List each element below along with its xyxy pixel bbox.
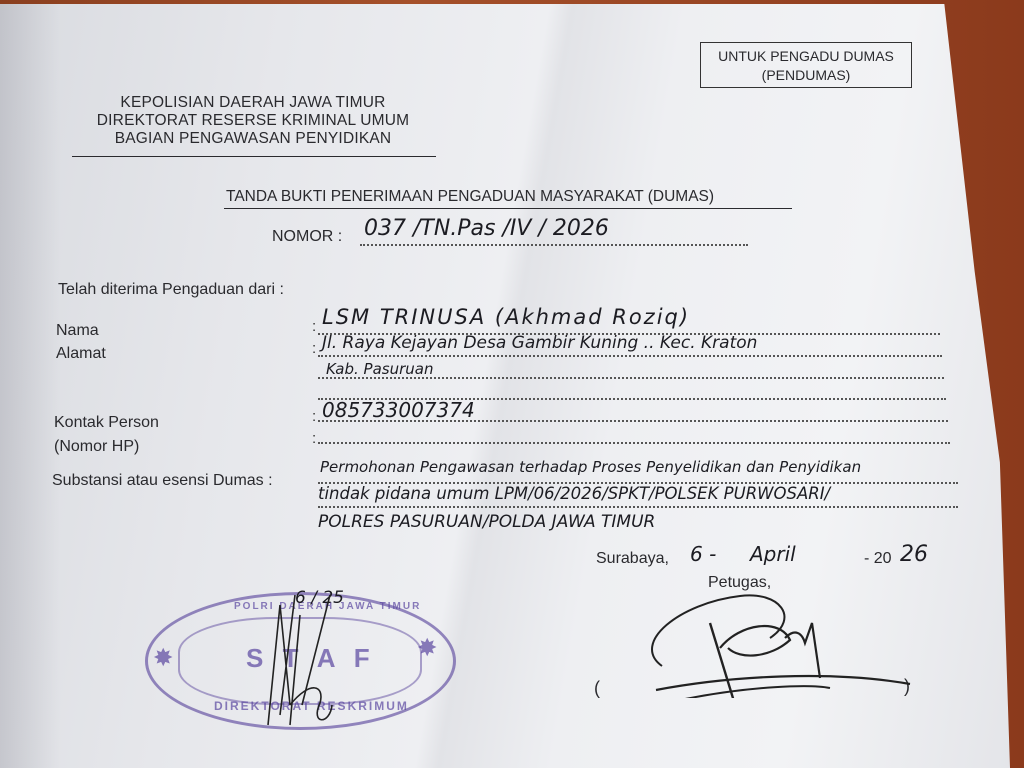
colon: :	[312, 318, 316, 335]
header-underline	[72, 156, 436, 157]
alamat-label: Alamat	[56, 345, 106, 363]
nama-value: LSM TRINUSA (Akhmad Roziq)	[322, 305, 690, 329]
nomor-dotted-line	[360, 244, 748, 246]
substansi-label: Substansi atau esensi Dumas :	[52, 472, 273, 490]
substansi-value-line1: Permohonan Pengawasan terhadap Proses Pe…	[320, 458, 861, 476]
header-line3: BAGIAN PENGAWASAN PENYIDIKAN	[70, 130, 436, 148]
alamat-value-line1: Jl. Raya Kejayan Desa Gambir Kuning .. K…	[322, 333, 757, 353]
pendumas-box-line1: UNTUK PENGADU DUMAS	[701, 47, 911, 66]
kontak-dotted-line-2	[318, 442, 950, 444]
substansi-value-line2: tindak pidana umum LPM/06/2026/SPKT/POLS…	[318, 484, 830, 503]
header-line1: KEPOLISIAN DAERAH JAWA TIMUR	[70, 94, 436, 112]
kontak-value: 085733007374	[322, 398, 475, 422]
date-year-hand: 26	[900, 542, 928, 567]
date-month: April	[750, 542, 796, 566]
title-underline	[224, 208, 792, 209]
document-title: TANDA BUKTI PENERIMAAN PENGADUAN MASYARA…	[226, 188, 714, 206]
officer-paren-open: (	[594, 678, 600, 699]
nomor-label: NOMOR :	[272, 228, 342, 246]
intro-text: Telah diterima Pengaduan dari :	[58, 281, 284, 299]
date-year-prefix: - 20	[864, 550, 892, 568]
agency-header: KEPOLISIAN DAERAH JAWA TIMUR DIREKTORAT …	[70, 94, 436, 148]
city-label: Surabaya,	[596, 550, 669, 568]
substansi-value-line3: POLRES PASURUAN/POLDA JAWA TIMUR	[318, 512, 655, 532]
nama-label: Nama	[56, 322, 99, 340]
pendumas-box: UNTUK PENGADU DUMAS (PENDUMAS)	[700, 42, 912, 88]
colon: :	[312, 430, 316, 447]
stamp-emblem-right-icon: ✸	[418, 635, 436, 661]
alamat-value-line2: Kab. Pasuruan	[326, 360, 433, 378]
date-day: 6 -	[690, 542, 716, 566]
header-line2: DIREKTORAT RESERSE KRIMINAL UMUM	[70, 112, 436, 130]
stamp-emblem-left-icon: ✸	[154, 645, 172, 671]
substansi-dotted-line-2	[318, 506, 958, 508]
kontak-label: Kontak Person	[54, 414, 159, 432]
colon: :	[312, 340, 316, 357]
nomor-hp-label: (Nomor HP)	[54, 438, 139, 456]
officer-signature	[640, 588, 920, 698]
stamp-signature	[250, 585, 360, 735]
pendumas-box-line2: (PENDUMAS)	[701, 66, 911, 85]
colon: :	[312, 408, 316, 425]
alamat-dotted-line-1	[318, 355, 942, 357]
nomor-value: 037 /TN.Pas /IV / 2026	[364, 216, 609, 241]
